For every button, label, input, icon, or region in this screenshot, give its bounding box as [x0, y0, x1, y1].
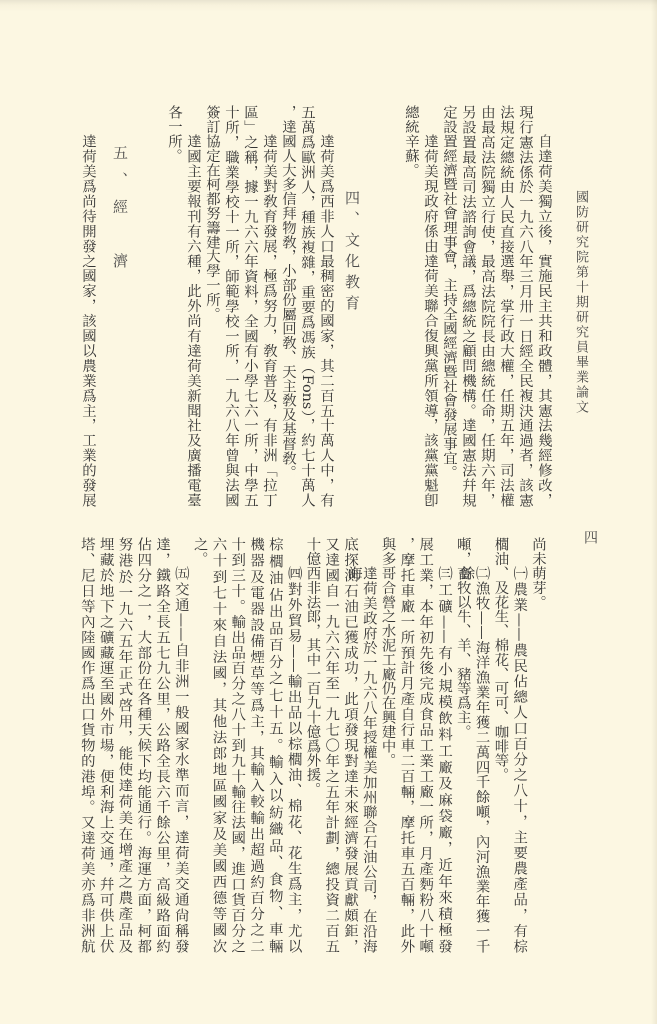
text-column: ，摩托車廠一所預計月產自行車二百輛，摩托車五百輛，此外 [398, 537, 413, 953]
text-column: 展工業，本年初先後完成食品工業工廠一所，月產麪粉八十噸 [417, 537, 432, 953]
text-column: 由最高法院獨立行使，最高法院院長由總統任命，任期六年， [479, 105, 494, 507]
text-column: 簽訂協定在柯都努籌建大學一所。 [204, 105, 219, 507]
text-column: 各一所。 [166, 105, 181, 507]
text-column: 櫚油、及花生、棉花、可可、咖啡等。 [492, 537, 507, 953]
text-column: 達荷美對敎育發展，極爲努力，敎育普及，有非洲「拉丁 [261, 105, 276, 507]
text-column: 十到三十。輸出品百分之八十到九十輸往法國，進口貨百分之 [229, 537, 244, 953]
text-column: 定設置經濟暨社會理事會，主持全國經濟暨社會發展事宜。 [441, 105, 456, 507]
culture-education-section: 達荷美爲西非人口最稠密的國家，其二百五十萬人中，有 五萬爲歐洲人，種族複雜，重要… [166, 105, 333, 507]
text-column: 棕櫚油佔出品百分之七十五。輸入以紡織品、食物、車輛 [267, 537, 282, 953]
text-column: 與多哥合營之水泥工廠仍在興建中。 [380, 537, 395, 953]
government-section: 自達荷美獨立後，實施民主共和政體，其憲法幾經修改， 現行憲法係於一九六八年三月卅… [403, 105, 551, 507]
text-column: 現行憲法係於一九六八年三月卅一日經全民複決通過者，該憲 [517, 105, 532, 507]
document-page: 國防研究院第十期研究員畢業論文 四 自達荷美獨立後，實施民主共和政體，其憲法幾經… [0, 0, 657, 1024]
text-column-foreign-trade: ㈣對外貿易——輸出品以棕櫚油、棉花、花生爲主，尤以 [286, 537, 301, 953]
text-column-industry: ㈢工礦——有小規模飲料工廠及麻袋廠，近年來積極發 [436, 537, 451, 953]
text-column: 自達荷美獨立後，實施民主共和政體，其憲法幾經修改， [536, 105, 551, 507]
section-heading-economy: 五、經 濟 [112, 145, 128, 280]
economy-intro: 達荷美爲尚待開發之國家，該國以農業爲主，工業的發展 [80, 105, 95, 507]
text-column-agriculture: ㈠農業——農民佔總人口百分之八十，主要農產品，有棕 [511, 537, 526, 953]
text-column: 之。 [192, 537, 207, 953]
text-column: 尚未萌芽。 [530, 537, 545, 953]
running-header: 國防研究院第十期研究員畢業論文 [573, 190, 588, 415]
text-column: 達國主要報刊有六種，此外尚有達荷美新聞社及廣播電臺 [185, 105, 200, 507]
text-column: ，達國人大多信拜物敎，小部份屬回敎、天主敎及基督敎。 [280, 105, 295, 507]
text-column: 又達國自一九六六年至一九七〇年之五年計劃，總投資二百五 [323, 537, 338, 953]
text-column: 十所，職業學校十一所，師範學校一所，一九六八年曾與法國 [223, 105, 238, 507]
text-column: 達，鐵路全長五七九公里，公路全長六千餘公里，高級路面約 [154, 537, 169, 953]
text-column: 埋藏於地下之礦藏運至國外市場，便利海上交通，幷可供上伏 [98, 537, 113, 953]
text-column: 達荷美爲尚待開發之國家，該國以農業爲主，工業的發展 [80, 105, 95, 507]
section-heading-culture-education: 四、文化教育 [344, 190, 360, 316]
page-number: 四 [582, 530, 597, 544]
text-column: 達荷美爲西非人口最稠密的國家，其二百五十萬人中，有 [318, 105, 333, 507]
text-column: 達荷美政府於一九六八年授權美加州聯合石油公司，在沿海海 [361, 537, 376, 953]
text-column: 十億西非法郎，其中一百九十億爲外援。 [304, 537, 319, 953]
text-column: 塔、尼日等內陸國作爲出口貨物的港埠。又達荷美亦爲非洲航 [79, 537, 94, 953]
text-column-fishery: ㈡漁牧——海洋漁業年獲二萬四千餘噸，內河漁業年獲一千餘 [474, 537, 489, 953]
text-column-transport: ㈤交通——自非洲一般國家水準而言，達荷美交通尙稱發 [173, 537, 188, 953]
text-column: 佔四分之一，大部份在各種天候下均能通行。海運方面，柯都 [135, 537, 150, 953]
text-column: 法規定總統由人民直接選舉，掌行政大權，任期五年，司法權 [498, 105, 513, 507]
text-column: 區」之稱，據一九六六年資料，全國有小學七六一所，中學五 [242, 105, 257, 507]
text-column: 六十到七十來自法國，其他法郎地區國家及美國西德等國次 [210, 537, 225, 953]
text-column: 機器及電器設備煙草等爲主，其輸入較輸出超過約百分之二 [248, 537, 263, 953]
economy-section-continued: 尚未萌芽。 ㈠農業——農民佔總人口百分之八十，主要農產品，有棕 櫚油、及花生、棉… [79, 537, 545, 953]
text-column: 努港於一九六五年正式啓用，能使達荷美在增產之農產品及 [116, 537, 131, 953]
text-column: 噸，畜牧以牛、羊、豬等爲主。 [455, 537, 470, 953]
text-column: 另設置最高司法諮詢會議，爲總統之顧問機構。達國憲法幷規 [460, 105, 475, 507]
text-column: 總統辛蘇。 [403, 105, 418, 507]
text-column: 五萬爲歐洲人，種族複雜，重要爲馮族（Fons），約七十萬人 [299, 105, 314, 507]
text-column: 達荷美現政府係由達荷美聯合復興黨所領導，該黨黨魁卽 [422, 105, 437, 507]
text-column: 底探測石油已獲成功，此項發現對達未來經濟發展貢獻頗鉅， [342, 537, 357, 953]
